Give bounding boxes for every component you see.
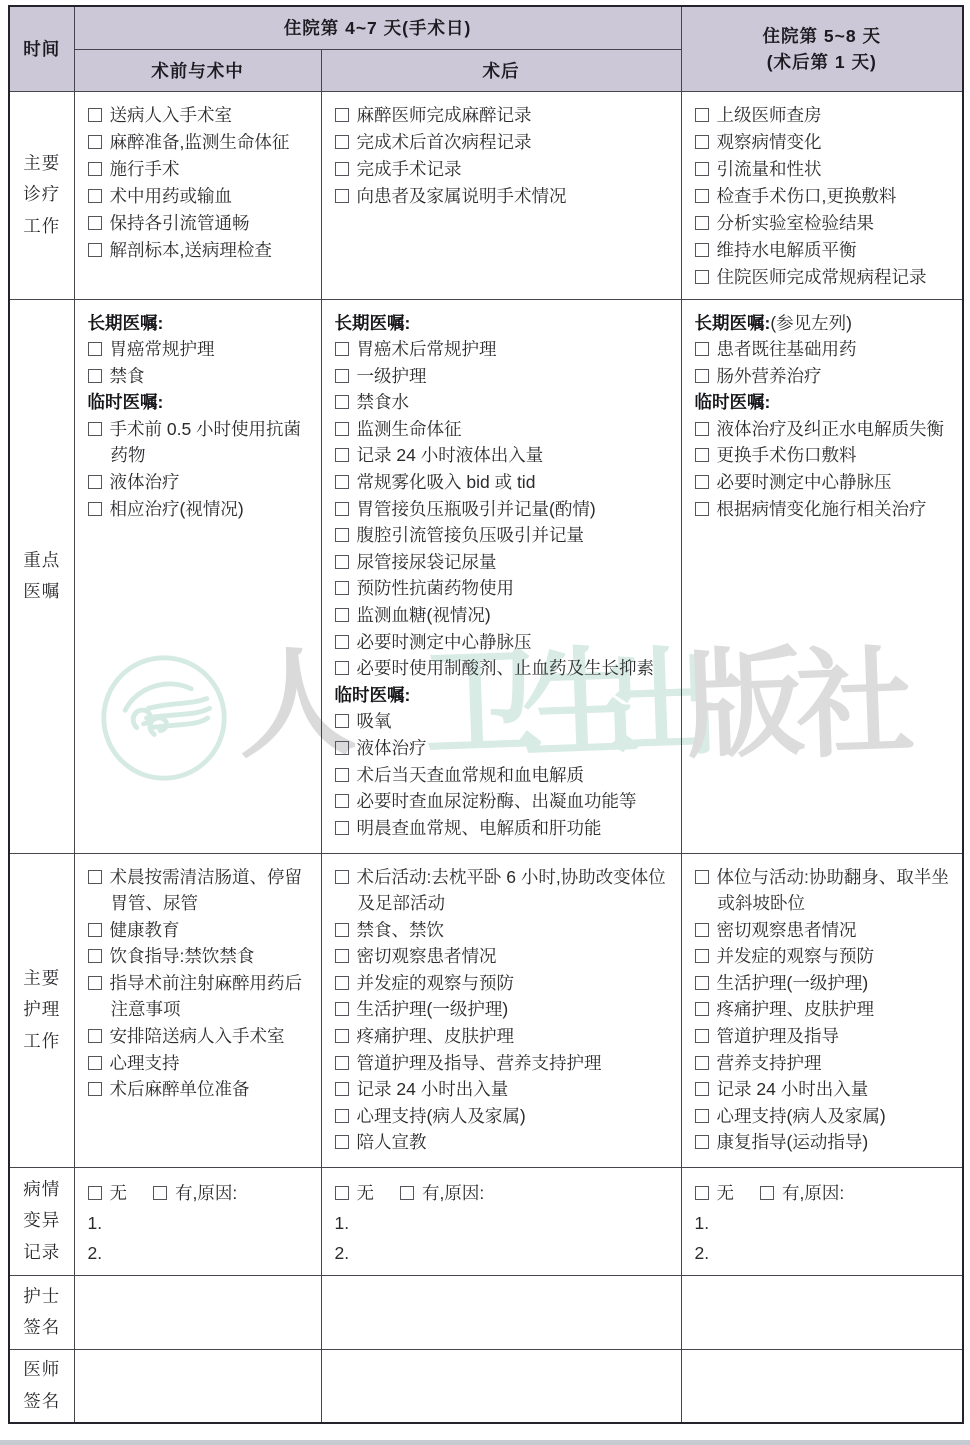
checkbox[interactable] xyxy=(695,1109,709,1123)
checklist-item: 2. xyxy=(88,1238,315,1268)
item-text: 分析实验室检验结果 xyxy=(717,213,875,233)
item-text: 禁食 xyxy=(110,366,145,386)
item-text: 生活护理(一级护理) xyxy=(717,973,869,993)
checklist-item: 禁食、禁饮 xyxy=(335,917,675,944)
checklist-item: 术后麻醉单位准备 xyxy=(88,1076,315,1103)
item-text: 并发症的观察与预防 xyxy=(357,973,515,993)
checkbox[interactable] xyxy=(88,949,102,963)
checklist-item: 观察病情变化 xyxy=(695,129,957,156)
header-day2: 住院第 5~8 天 (术后第 1 天) xyxy=(681,6,963,91)
checkbox[interactable] xyxy=(695,422,709,436)
row-label-diagnosis: 主要 诊疗 工作 xyxy=(9,91,74,299)
checklist-item: 记录 24 小时出入量 xyxy=(695,1076,957,1103)
item-text: 吸氧 xyxy=(357,711,392,731)
order-heading-suffix: (参见左列) xyxy=(770,313,852,333)
item-text: 一级护理 xyxy=(357,366,427,386)
item-text: 密切观察患者情况 xyxy=(357,946,497,966)
checklist-item: 康复指导(运动指导) xyxy=(695,1129,957,1156)
item-text: 施行手术 xyxy=(110,159,180,179)
item-text: 陪人宣教 xyxy=(357,1132,427,1152)
checklist-item: 根据病情变化施行相关治疗 xyxy=(695,496,957,523)
item-text: 指导术前注射麻醉用药后注意事项 xyxy=(110,973,303,1020)
checklist-item: 禁食水 xyxy=(335,389,675,416)
checklist-item: 生活护理(一级护理) xyxy=(335,996,675,1023)
item-text: 生活护理(一级护理) xyxy=(357,999,509,1019)
checklist-item: 引流量和性状 xyxy=(695,156,957,183)
checkbox[interactable] xyxy=(335,422,349,436)
order-heading: 长期医嘱: xyxy=(88,310,315,337)
checkbox[interactable] xyxy=(695,976,709,990)
checklist-item: 肠外营养治疗 xyxy=(695,363,957,390)
checkbox[interactable] xyxy=(760,1186,774,1200)
checklist-item: 禁食 xyxy=(88,363,315,390)
item-text: 液体治疗 xyxy=(110,472,180,492)
checklist-item: 密切观察患者情况 xyxy=(335,943,675,970)
checklist-item: 液体治疗 xyxy=(88,469,315,496)
checklist-item: 无有,原因: xyxy=(88,1178,315,1208)
checkbox[interactable] xyxy=(335,635,349,649)
checklist-item: 生活护理(一级护理) xyxy=(695,970,957,997)
checkbox[interactable] xyxy=(695,1056,709,1070)
checklist-item: 指导术前注射麻醉用药后注意事项 xyxy=(88,970,315,1023)
item-text: 麻醉医师完成麻醉记录 xyxy=(357,105,532,125)
checklist-item: 检查手术伤口,更换敷料 xyxy=(695,183,957,210)
header-sub-preop-label: 术前与术中 xyxy=(151,61,244,81)
plain-text: 1. xyxy=(695,1213,710,1233)
checklist-item: 完成术后首次病程记录 xyxy=(335,129,675,156)
checklist-item: 管道护理及指导、营养支持护理 xyxy=(335,1050,675,1077)
item-text: 营养支持护理 xyxy=(717,1053,822,1073)
checkbox[interactable] xyxy=(695,870,709,884)
plain-text: 2. xyxy=(335,1243,350,1263)
orders-postop-cell: 长期医嘱:胃癌术后常规护理一级护理禁食水监测生命体征记录 24 小时液体出入量常… xyxy=(321,299,681,853)
checkbox[interactable] xyxy=(335,448,349,462)
checklist-item: 预防性抗菌药物使用 xyxy=(335,575,675,602)
order-heading-text: 临时医嘱: xyxy=(88,392,164,412)
plain-text: 2. xyxy=(695,1243,710,1263)
checkbox[interactable] xyxy=(335,475,349,489)
checkbox[interactable] xyxy=(88,216,102,230)
checkbox[interactable] xyxy=(88,1056,102,1070)
item-text: 尿管接尿袋记尿量 xyxy=(357,552,497,572)
item-text: 液体治疗及纠正水电解质失衡 xyxy=(717,419,945,439)
checkbox[interactable] xyxy=(335,502,349,516)
item-text: 住院医师完成常规病程记录 xyxy=(717,267,927,287)
checkbox[interactable] xyxy=(88,162,102,176)
checklist-item: 1. xyxy=(88,1208,315,1238)
checkbox[interactable] xyxy=(335,108,349,122)
checklist-item: 常规雾化吸入 bid 或 tid xyxy=(335,469,675,496)
header-day2-line2: (术后第 1 天) xyxy=(684,49,961,75)
item-text: 手术前 0.5 小时使用抗菌药物 xyxy=(110,419,302,466)
plain-text: 1. xyxy=(88,1213,103,1233)
checklist-item: 吸氧 xyxy=(335,708,675,735)
checklist-item: 1. xyxy=(695,1208,957,1238)
checklist-item: 胃癌常规护理 xyxy=(88,336,315,363)
checklist-item: 明晨查血常规、电解质和肝功能 xyxy=(335,815,675,842)
checkbox[interactable] xyxy=(335,661,349,675)
checkbox[interactable] xyxy=(695,135,709,149)
diagnosis-preop-cell: 送病人入手术室麻醉准备,监测生命体征施行手术术中用药或输血保持各引流管通畅解剖标… xyxy=(74,91,321,299)
item-text: 心理支持 xyxy=(110,1053,180,1073)
item-text: 无 xyxy=(357,1183,375,1203)
item-text: 腹腔引流管接负压吸引并记量 xyxy=(357,525,585,545)
checkbox[interactable] xyxy=(695,502,709,516)
item-text: 有,原因: xyxy=(782,1183,844,1203)
nursing-postop-cell: 术后活动:去枕平卧 6 小时,协助改变体位及足部活动禁食、禁饮密切观察患者情况并… xyxy=(321,853,681,1167)
checklist-item: 记录 24 小时液体出入量 xyxy=(335,442,675,469)
header-day-group-label: 住院第 4~7 天(手术日) xyxy=(284,18,472,38)
doctor-signature-day2-cell xyxy=(681,1349,963,1423)
row-label-nurse-signature: 护士 签名 xyxy=(9,1275,74,1349)
item-text: 密切观察患者情况 xyxy=(717,920,857,940)
item-text: 必要时使用制酸剂、止血药及生长抑素 xyxy=(357,658,655,678)
checklist-item: 无有,原因: xyxy=(695,1178,957,1208)
checklist-item: 送病人入手术室 xyxy=(88,102,315,129)
checklist-item: 疼痛护理、皮肤护理 xyxy=(335,1023,675,1050)
checkbox[interactable] xyxy=(695,243,709,257)
checkbox[interactable] xyxy=(335,581,349,595)
order-heading: 长期医嘱:(参见左列) xyxy=(695,310,957,337)
item-text: 根据病情变化施行相关治疗 xyxy=(717,499,927,519)
checkbox[interactable] xyxy=(335,162,349,176)
row-label-doctor-signature: 医师 签名 xyxy=(9,1349,74,1423)
item-text: 保持各引流管通畅 xyxy=(110,213,250,233)
item-text: 完成术后首次病程记录 xyxy=(357,132,532,152)
item-text: 记录 24 小时出入量 xyxy=(357,1079,509,1099)
item-text: 必要时测定中心静脉压 xyxy=(717,472,892,492)
item-text: 完成手术记录 xyxy=(357,159,462,179)
checkbox[interactable] xyxy=(335,369,349,383)
checklist-item: 安排陪送病人入手术室 xyxy=(88,1023,315,1050)
item-text: 疼痛护理、皮肤护理 xyxy=(357,1026,515,1046)
item-text: 患者既往基础用药 xyxy=(717,339,857,359)
checklist-item: 一级护理 xyxy=(335,363,675,390)
order-heading-text: 临时医嘱: xyxy=(695,392,771,412)
item-text: 管道护理及指导、营养支持护理 xyxy=(357,1053,602,1073)
checklist-item: 健康教育 xyxy=(88,917,315,944)
diagnosis-postop-cell: 麻醉医师完成麻醉记录完成术后首次病程记录完成手术记录向患者及家属说明手术情况 xyxy=(321,91,681,299)
checklist-item: 必要时测定中心静脉压 xyxy=(695,469,957,496)
checkbox[interactable] xyxy=(153,1186,167,1200)
item-text: 禁食、禁饮 xyxy=(357,920,445,940)
checklist-item: 体位与活动:协助翻身、取半坐或斜坡卧位 xyxy=(695,864,957,917)
header-sub-preop: 术前与术中 xyxy=(74,49,321,91)
header-day2-line1: 住院第 5~8 天 xyxy=(684,23,961,49)
item-text: 常规雾化吸入 bid 或 tid xyxy=(357,472,536,492)
item-text: 术后麻醉单位准备 xyxy=(110,1079,250,1099)
item-text: 禁食水 xyxy=(357,392,410,412)
item-text: 体位与活动:协助翻身、取半坐或斜坡卧位 xyxy=(717,867,949,914)
checklist-item: 胃癌术后常规护理 xyxy=(335,336,675,363)
item-text: 液体治疗 xyxy=(357,738,427,758)
nurse-signature-postop-cell xyxy=(321,1275,681,1349)
checkbox[interactable] xyxy=(695,342,709,356)
item-text: 并发症的观察与预防 xyxy=(717,946,875,966)
item-text: 记录 24 小时液体出入量 xyxy=(357,445,544,465)
checklist-item: 术后当天查血常规和血电解质 xyxy=(335,762,675,789)
checkbox[interactable] xyxy=(335,870,349,884)
item-text: 必要时测定中心静脉压 xyxy=(357,632,532,652)
item-text: 心理支持(病人及家属) xyxy=(357,1106,526,1126)
checkbox[interactable] xyxy=(695,949,709,963)
checklist-item: 密切观察患者情况 xyxy=(695,917,957,944)
checklist-item: 并发症的观察与预防 xyxy=(695,943,957,970)
checklist-item: 患者既往基础用药 xyxy=(695,336,957,363)
checklist-item: 心理支持(病人及家属) xyxy=(335,1103,675,1130)
order-heading: 临时医嘱: xyxy=(695,389,957,416)
plain-text: 2. xyxy=(88,1243,103,1263)
checkbox[interactable] xyxy=(88,108,102,122)
doctor-signature-postop-cell xyxy=(321,1349,681,1423)
checklist-item: 解剖标本,送病理检查 xyxy=(88,237,315,264)
checklist-item: 心理支持(病人及家属) xyxy=(695,1103,957,1130)
nursing-day2-cell: 体位与活动:协助翻身、取半坐或斜坡卧位密切观察患者情况并发症的观察与预防生活护理… xyxy=(681,853,963,1167)
item-text: 饮食指导:禁饮禁食 xyxy=(110,946,255,966)
checkbox[interactable] xyxy=(335,1135,349,1149)
item-text: 肠外营养治疗 xyxy=(717,366,822,386)
nurse-signature-day2-cell xyxy=(681,1275,963,1349)
checkbox[interactable] xyxy=(335,714,349,728)
checklist-item: 并发症的观察与预防 xyxy=(335,970,675,997)
checkbox[interactable] xyxy=(695,189,709,203)
checklist-item: 营养支持护理 xyxy=(695,1050,957,1077)
checkbox[interactable] xyxy=(695,1002,709,1016)
checkbox[interactable] xyxy=(695,1135,709,1149)
order-heading-text: 长期医嘱: xyxy=(335,313,411,333)
order-heading: 临时医嘱: xyxy=(335,682,675,709)
checklist-item: 完成手术记录 xyxy=(335,156,675,183)
checkbox[interactable] xyxy=(88,923,102,937)
checkbox[interactable] xyxy=(695,270,709,284)
checklist-item: 麻醉准备,监测生命体征 xyxy=(88,129,315,156)
item-text: 必要时查血尿淀粉酶、出凝血功能等 xyxy=(357,791,637,811)
checklist-item: 2. xyxy=(695,1238,957,1268)
item-text: 无 xyxy=(110,1183,128,1203)
order-heading-text: 临时医嘱: xyxy=(335,685,411,705)
checklist-item: 必要时测定中心静脉压 xyxy=(335,629,675,656)
item-text: 胃癌常规护理 xyxy=(110,339,215,359)
item-text: 心理支持(病人及家属) xyxy=(717,1106,886,1126)
item-text: 解剖标本,送病理检查 xyxy=(110,240,272,260)
header-day-group: 住院第 4~7 天(手术日) xyxy=(74,6,681,49)
item-text: 预防性抗菌药物使用 xyxy=(357,578,515,598)
checklist-item: 监测血糖(视情况) xyxy=(335,602,675,629)
checklist-item: 记录 24 小时出入量 xyxy=(335,1076,675,1103)
order-heading: 临时医嘱: xyxy=(88,389,315,416)
checkbox[interactable] xyxy=(695,1082,709,1096)
item-text: 有,原因: xyxy=(175,1183,237,1203)
checklist-item: 陪人宣教 xyxy=(335,1129,675,1156)
plain-text: 1. xyxy=(335,1213,350,1233)
checkbox[interactable] xyxy=(88,502,102,516)
item-text: 麻醉准备,监测生命体征 xyxy=(110,132,290,152)
doctor-signature-preop-cell xyxy=(74,1349,321,1423)
item-text: 向患者及家属说明手术情况 xyxy=(357,186,567,206)
item-text: 术中用药或输血 xyxy=(110,186,233,206)
checklist-item: 相应治疗(视情况) xyxy=(88,496,315,523)
checklist-item: 术后活动:去枕平卧 6 小时,协助改变体位及足部活动 xyxy=(335,864,675,917)
checkbox[interactable] xyxy=(335,189,349,203)
nursing-preop-cell: 术晨按需清洁肠道、停留胃管、尿管健康教育饮食指导:禁饮禁食指导术前注射麻醉用药后… xyxy=(74,853,321,1167)
checklist-item: 液体治疗及纠正水电解质失衡 xyxy=(695,416,957,443)
checklist-item: 2. xyxy=(335,1238,675,1268)
variation-preop-cell: 无有,原因:1.2. xyxy=(74,1167,321,1275)
checklist-item: 饮食指导:禁饮禁食 xyxy=(88,943,315,970)
checkbox[interactable] xyxy=(335,528,349,542)
checkbox[interactable] xyxy=(335,741,349,755)
checklist-item: 必要时使用制酸剂、止血药及生长抑素 xyxy=(335,655,675,682)
orders-preop-cell: 长期医嘱:胃癌常规护理禁食临时医嘱:手术前 0.5 小时使用抗菌药物液体治疗相应… xyxy=(74,299,321,853)
checklist-item: 1. xyxy=(335,1208,675,1238)
item-text: 术晨按需清洁肠道、停留胃管、尿管 xyxy=(110,867,303,914)
checkbox[interactable] xyxy=(335,1002,349,1016)
checkbox[interactable] xyxy=(695,216,709,230)
checkbox[interactable] xyxy=(335,1056,349,1070)
nurse-signature-preop-cell xyxy=(74,1275,321,1349)
header-sub-postop-label: 术后 xyxy=(483,61,520,81)
checklist-item: 液体治疗 xyxy=(335,735,675,762)
checklist-item: 无有,原因: xyxy=(335,1178,675,1208)
checklist-item: 向患者及家属说明手术情况 xyxy=(335,183,675,210)
checkbox[interactable] xyxy=(335,923,349,937)
header-sub-postop: 术后 xyxy=(321,49,681,91)
variation-day2-cell: 无有,原因:1.2. xyxy=(681,1167,963,1275)
item-text: 胃管接负压瓶吸引并记量(酌情) xyxy=(357,499,596,519)
row-label-nursing: 主要 护理 工作 xyxy=(9,853,74,1167)
checkbox[interactable] xyxy=(695,1029,709,1043)
checkbox[interactable] xyxy=(335,794,349,808)
checklist-item: 胃管接负压瓶吸引并记量(酌情) xyxy=(335,496,675,523)
checklist-item: 术晨按需清洁肠道、停留胃管、尿管 xyxy=(88,864,315,917)
checkbox[interactable] xyxy=(695,369,709,383)
checkbox[interactable] xyxy=(88,189,102,203)
item-text: 胃癌术后常规护理 xyxy=(357,339,497,359)
item-text: 上级医师查房 xyxy=(717,105,822,125)
checklist-item: 疼痛护理、皮肤护理 xyxy=(695,996,957,1023)
checkbox[interactable] xyxy=(88,342,102,356)
item-text: 更换手术伤口敷料 xyxy=(717,445,857,465)
checkbox[interactable] xyxy=(335,976,349,990)
item-text: 维持水电解质平衡 xyxy=(717,240,857,260)
checkbox[interactable] xyxy=(335,1186,349,1200)
item-text: 观察病情变化 xyxy=(717,132,822,152)
checklist-item: 手术前 0.5 小时使用抗菌药物 xyxy=(88,416,315,469)
checkbox[interactable] xyxy=(335,608,349,622)
item-text: 检查手术伤口,更换敷料 xyxy=(717,186,897,206)
checklist-item: 住院医师完成常规病程记录 xyxy=(695,264,957,291)
checkbox[interactable] xyxy=(695,162,709,176)
checkbox[interactable] xyxy=(695,1186,709,1200)
checklist-item: 必要时查血尿淀粉酶、出凝血功能等 xyxy=(335,788,675,815)
checkbox[interactable] xyxy=(88,243,102,257)
checkbox[interactable] xyxy=(695,475,709,489)
item-text: 安排陪送病人入手术室 xyxy=(110,1026,285,1046)
row-label-variation: 病情 变异 记录 xyxy=(9,1167,74,1275)
checkbox[interactable] xyxy=(88,976,102,990)
checklist-item: 施行手术 xyxy=(88,156,315,183)
checkbox[interactable] xyxy=(88,870,102,884)
checklist-item: 尿管接尿袋记尿量 xyxy=(335,549,675,576)
diagnosis-day2-cell: 上级医师查房观察病情变化引流量和性状检查手术伤口,更换敷料分析实验室检验结果维持… xyxy=(681,91,963,299)
checkbox[interactable] xyxy=(335,395,349,409)
checkbox[interactable] xyxy=(335,135,349,149)
checklist-item: 麻醉医师完成麻醉记录 xyxy=(335,102,675,129)
checkbox[interactable] xyxy=(88,475,102,489)
checkbox[interactable] xyxy=(695,108,709,122)
item-text: 有,原因: xyxy=(422,1183,484,1203)
checkbox[interactable] xyxy=(88,135,102,149)
checkbox[interactable] xyxy=(88,1029,102,1043)
checkbox[interactable] xyxy=(695,448,709,462)
item-text: 无 xyxy=(717,1183,735,1203)
checklist-item: 上级医师查房 xyxy=(695,102,957,129)
checklist-item: 更换手术伤口敷料 xyxy=(695,442,957,469)
checkbox[interactable] xyxy=(400,1186,414,1200)
item-text: 监测生命体征 xyxy=(357,419,462,439)
item-text: 疼痛护理、皮肤护理 xyxy=(717,999,875,1019)
checkbox[interactable] xyxy=(335,342,349,356)
clinical-pathway-table: 时间 住院第 4~7 天(手术日) 住院第 5~8 天 (术后第 1 天) 术前… xyxy=(8,5,964,1424)
checklist-item: 心理支持 xyxy=(88,1050,315,1077)
item-text: 明晨查血常规、电解质和肝功能 xyxy=(357,818,602,838)
checkbox[interactable] xyxy=(695,923,709,937)
item-text: 健康教育 xyxy=(110,920,180,940)
checkbox[interactable] xyxy=(335,555,349,569)
order-heading-text: 长期医嘱: xyxy=(695,313,771,333)
item-text: 术后活动:去枕平卧 6 小时,协助改变体位及足部活动 xyxy=(357,867,666,914)
header-time-label: 时间 xyxy=(23,39,60,59)
checkbox[interactable] xyxy=(335,1109,349,1123)
checklist-item: 术中用药或输血 xyxy=(88,183,315,210)
checklist-item: 腹腔引流管接负压吸引并记量 xyxy=(335,522,675,549)
order-heading: 长期医嘱: xyxy=(335,310,675,337)
variation-postop-cell: 无有,原因:1.2. xyxy=(321,1167,681,1275)
checkbox[interactable] xyxy=(88,1082,102,1096)
scan-bottom-edge xyxy=(0,1440,970,1445)
checkbox[interactable] xyxy=(88,369,102,383)
row-label-orders: 重点 医嘱 xyxy=(9,299,74,853)
checkbox[interactable] xyxy=(335,949,349,963)
orders-day2-cell: 长期医嘱:(参见左列)患者既往基础用药肠外营养治疗临时医嘱:液体治疗及纠正水电解… xyxy=(681,299,963,853)
item-text: 送病人入手术室 xyxy=(110,105,233,125)
item-text: 监测血糖(视情况) xyxy=(357,605,491,625)
header-time: 时间 xyxy=(9,6,74,91)
checkbox[interactable] xyxy=(335,821,349,835)
item-text: 康复指导(运动指导) xyxy=(717,1132,869,1152)
checklist-item: 管道护理及指导 xyxy=(695,1023,957,1050)
item-text: 记录 24 小时出入量 xyxy=(717,1079,869,1099)
checkbox[interactable] xyxy=(335,1082,349,1096)
order-heading-text: 长期医嘱: xyxy=(88,313,164,333)
item-text: 管道护理及指导 xyxy=(717,1026,840,1046)
item-text: 相应治疗(视情况) xyxy=(110,499,244,519)
item-text: 引流量和性状 xyxy=(717,159,822,179)
checklist-item: 监测生命体征 xyxy=(335,416,675,443)
checkbox[interactable] xyxy=(88,422,102,436)
checklist-item: 保持各引流管通畅 xyxy=(88,210,315,237)
item-text: 术后当天查血常规和血电解质 xyxy=(357,765,585,785)
checkbox[interactable] xyxy=(335,1029,349,1043)
checklist-item: 维持水电解质平衡 xyxy=(695,237,957,264)
checklist-item: 分析实验室检验结果 xyxy=(695,210,957,237)
checkbox[interactable] xyxy=(335,768,349,782)
checkbox[interactable] xyxy=(88,1186,102,1200)
